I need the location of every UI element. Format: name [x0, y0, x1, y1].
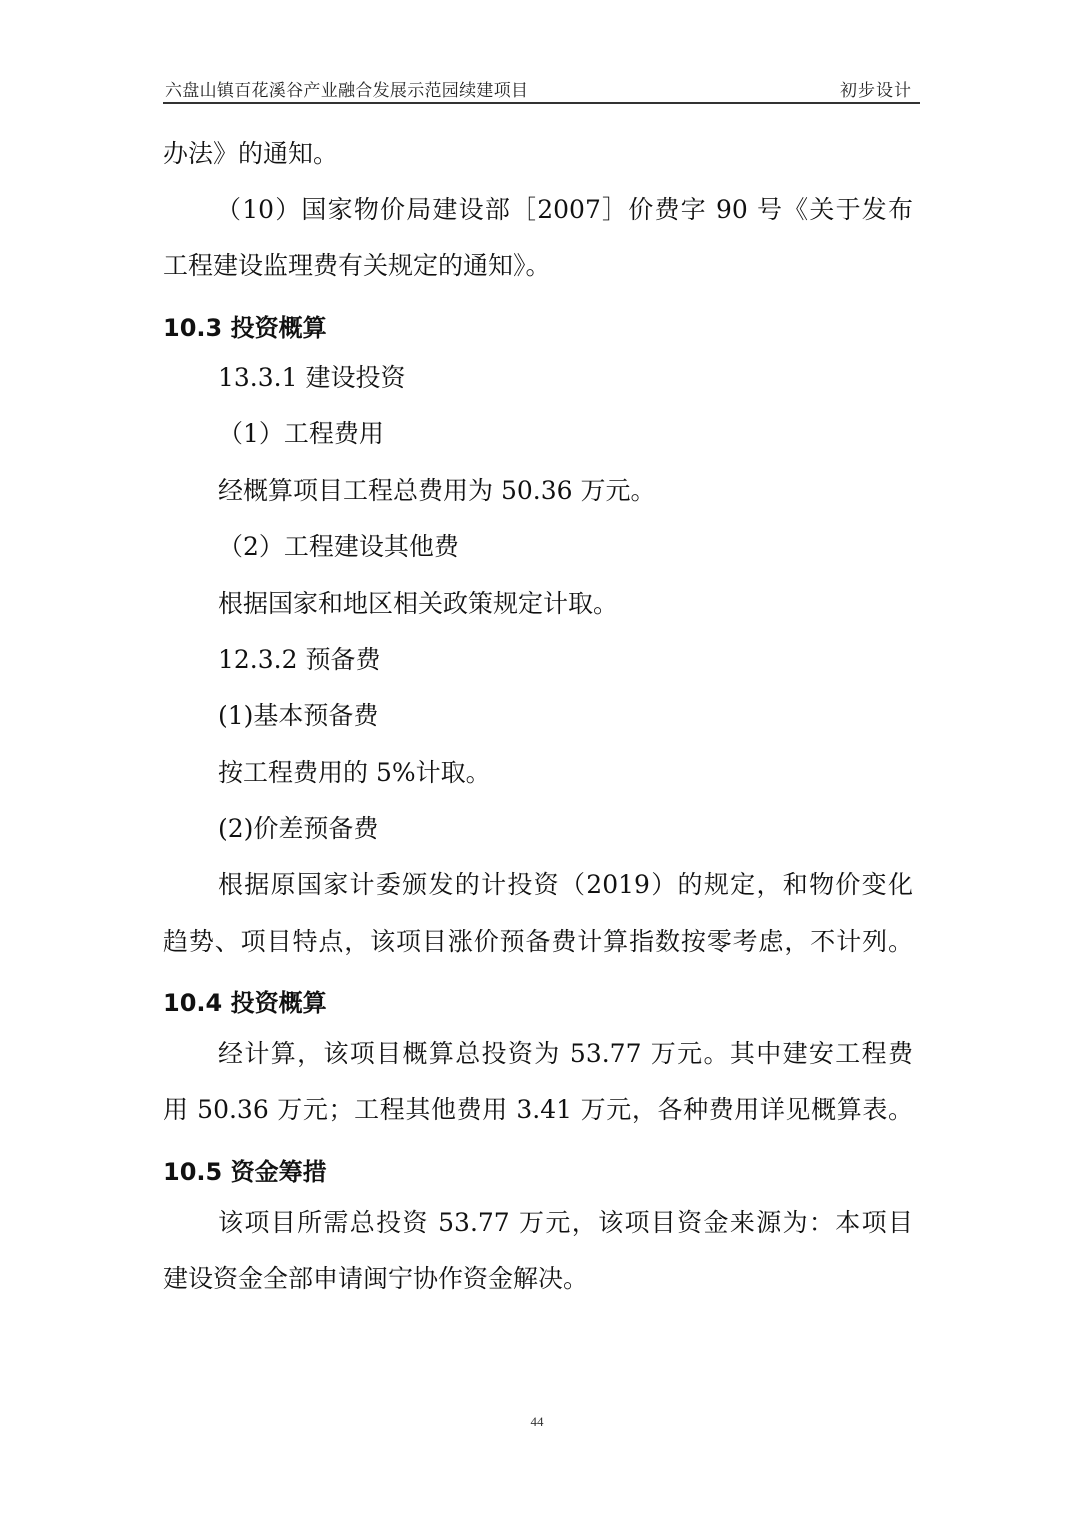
paragraph-line: 12.3.2 预备费 — [218, 644, 380, 676]
header-divider — [163, 102, 920, 104]
section-heading: 10.3 投资概算 — [163, 312, 327, 344]
paragraph-line: 根据国家和地区相关政策规定计取。 — [218, 588, 618, 620]
document-title: 六盘山镇百花溪谷产业融合发展示范园续建项目 — [165, 76, 528, 101]
paragraph-line: 办法》的通知。 — [163, 138, 338, 170]
paragraph-line: (1)基本预备费 — [218, 700, 378, 732]
paragraph-line: 趋势、项目特点，该项目涨价预备费计算指数按零考虑，不计列。 — [163, 926, 913, 958]
paragraph-line: （10）国家物价局建设部［2007］价费字 90 号《关于发布 — [216, 194, 913, 226]
paragraph-line: (2)价差预备费 — [218, 813, 378, 845]
page-header: 六盘山镇百花溪谷产业融合发展示范园续建项目 初步设计 — [163, 76, 920, 102]
paragraph-line: 经计算，该项目概算总投资为 53.77 万元。其中建安工程费 — [218, 1038, 913, 1070]
paragraph-line: 经概算项目工程总费用为 50.36 万元。 — [218, 475, 655, 507]
paragraph-line: （2）工程建设其他费 — [218, 531, 459, 563]
section-heading: 10.4 投资概算 — [163, 987, 327, 1019]
paragraph-line: （1）工程费用 — [218, 418, 384, 450]
document-section: 初步设计 — [840, 76, 912, 101]
paragraph-line: 按工程费用的 5%计取。 — [218, 757, 491, 789]
paragraph-line: 用 50.36 万元；工程其他费用 3.41 万元，各种费用详见概算表。 — [163, 1094, 913, 1126]
section-heading: 10.5 资金筹措 — [163, 1156, 327, 1188]
paragraph-line: 13.3.1 建设投资 — [218, 362, 405, 394]
paragraph-line: 根据原国家计委颁发的计投资（2019）的规定，和物价变化 — [218, 869, 913, 901]
page-number: 44 — [0, 1414, 1074, 1430]
paragraph-line: 建设资金全部申请闽宁协作资金解决。 — [163, 1263, 588, 1295]
paragraph-line: 该项目所需总投资 53.77 万元，该项目资金来源为：本项目 — [218, 1207, 913, 1239]
paragraph-line: 工程建设监理费有关规定的通知》。 — [163, 250, 551, 282]
